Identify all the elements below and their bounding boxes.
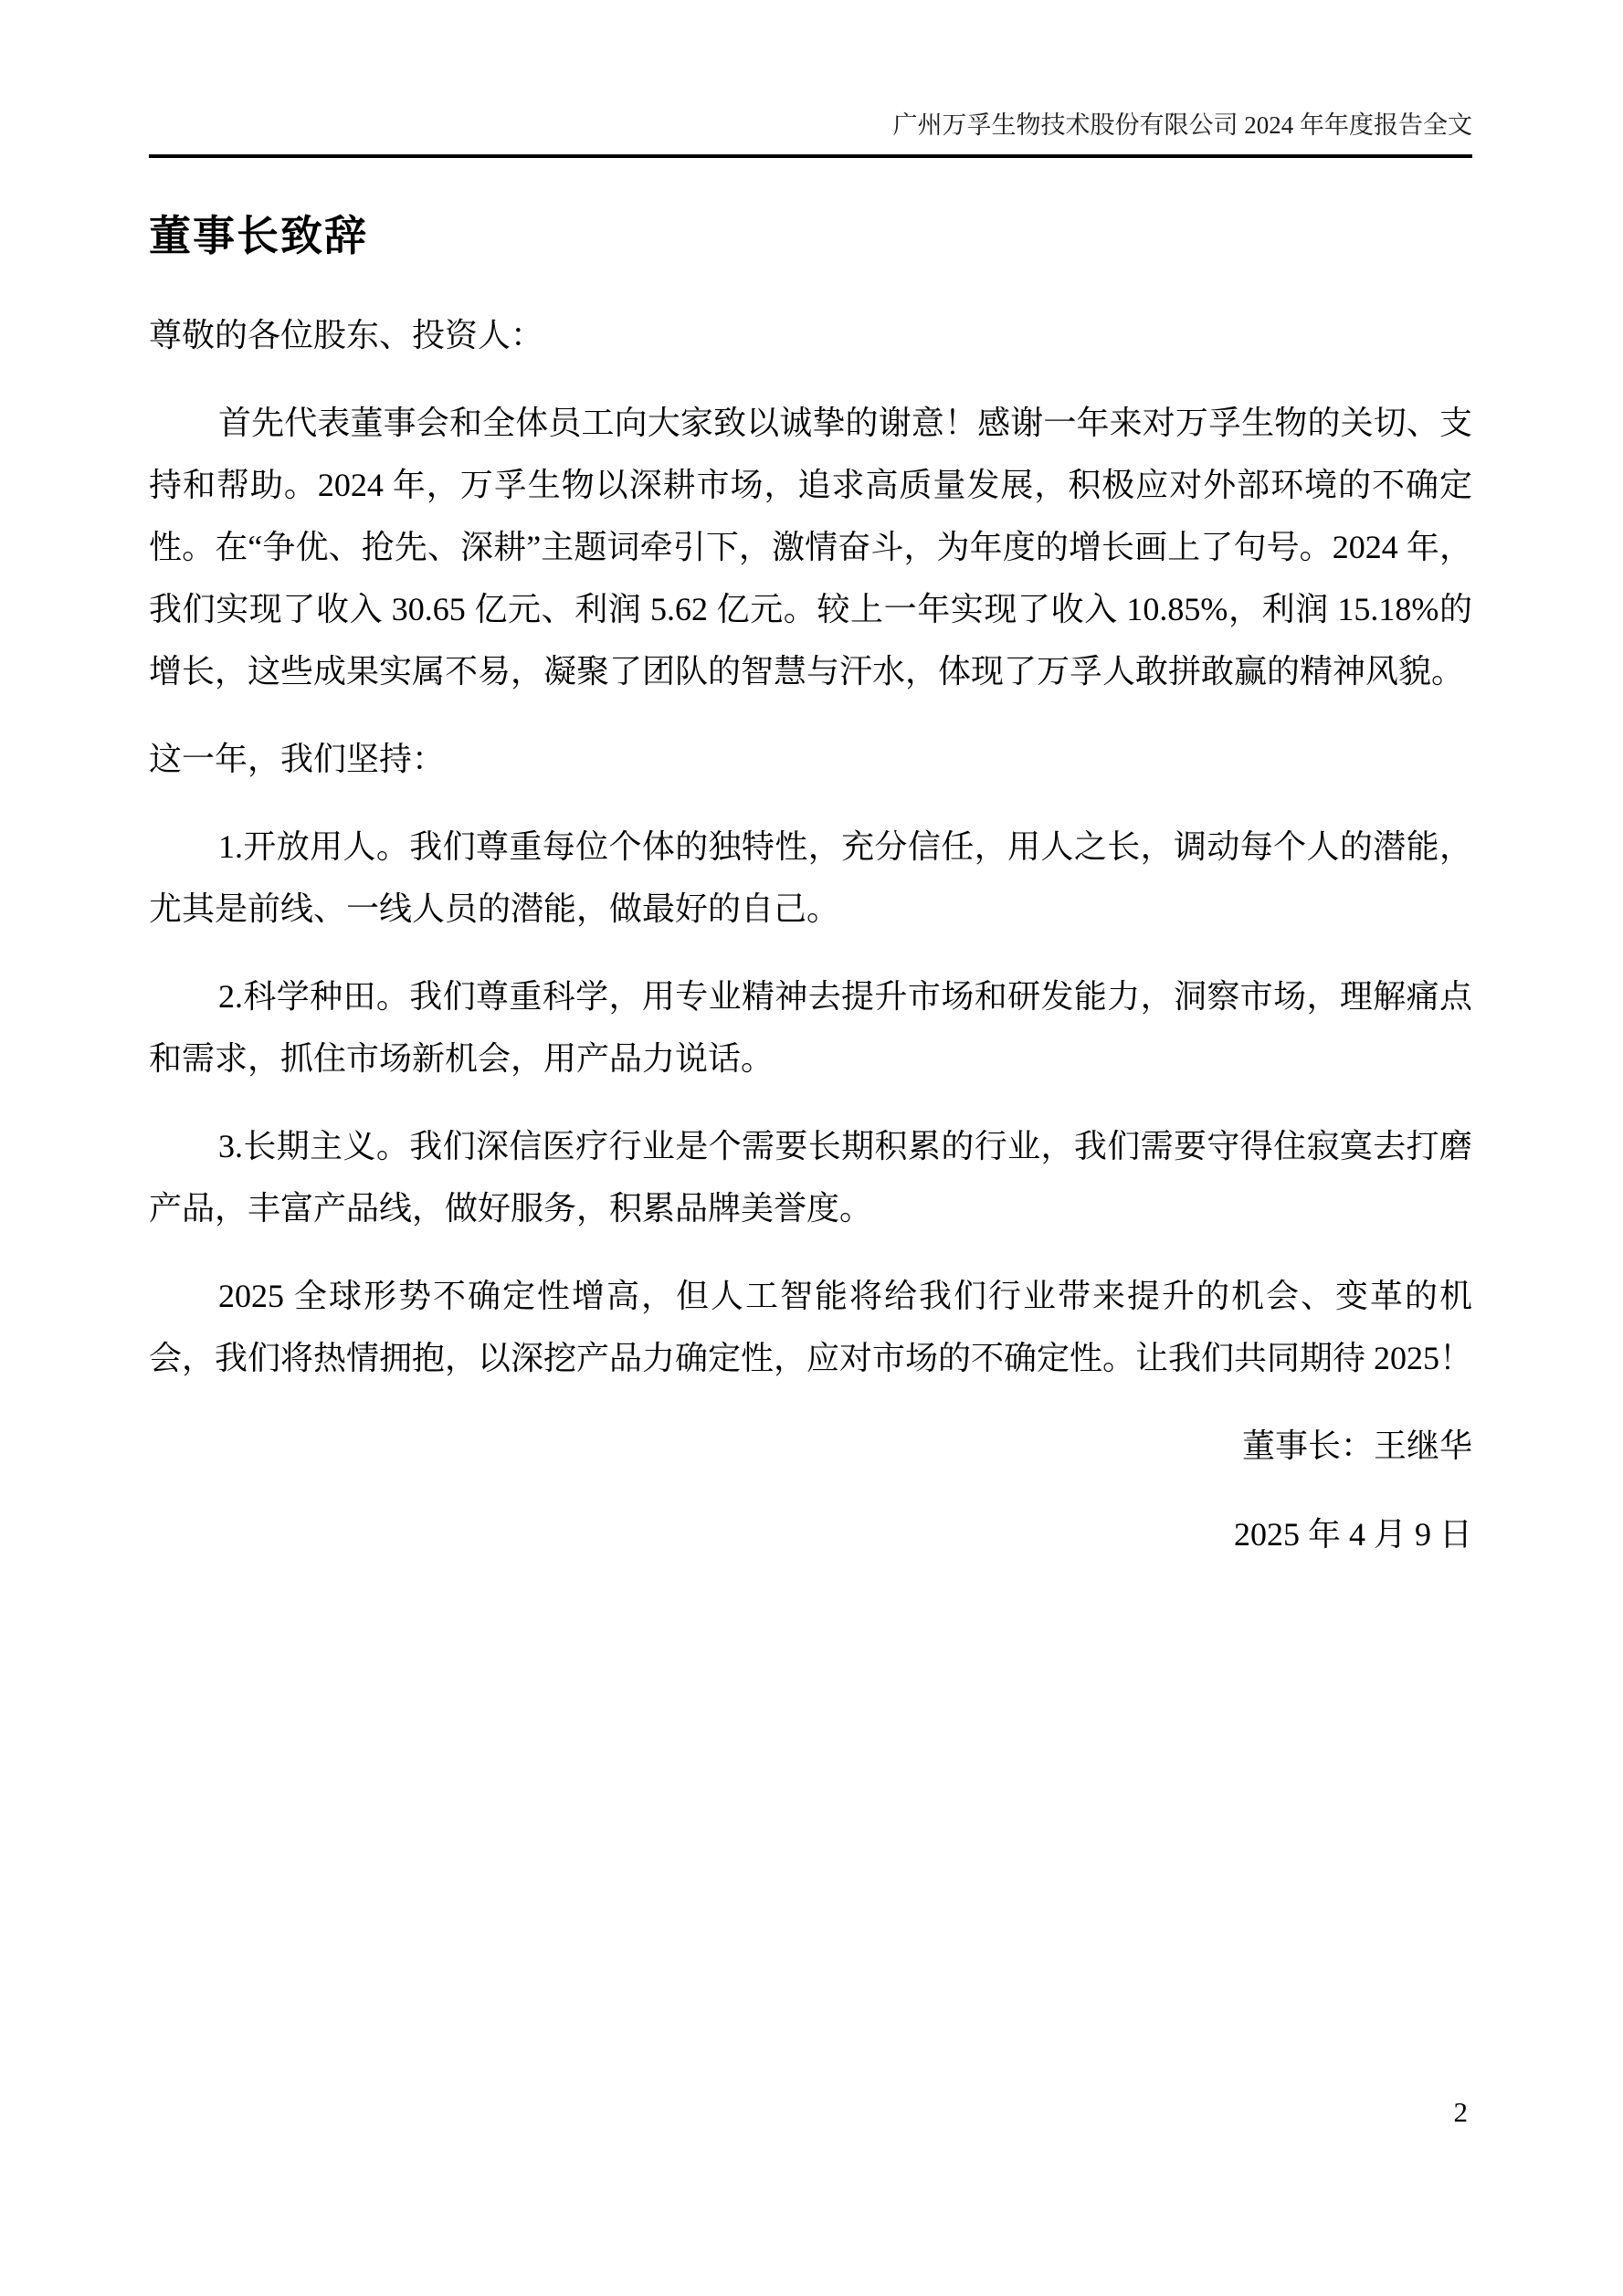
chairman-signature: 董事长：王继华 [149,1415,1472,1477]
body-paragraph: 这一年，我们坚持： [149,728,1472,790]
body-paragraph: 2025 全球形势不确定性增高，但人工智能将给我们行业带来提升的机会、变革的机会… [149,1265,1472,1389]
body-paragraphs: 首先代表董事会和全体员工向大家致以诚挚的谢意！感谢一年来对万孚生物的关切、支持和… [149,392,1472,1389]
body-paragraph: 2.科学种田。我们尊重科学，用专业精神去提升市场和研发能力，洞察市场，理解痛点和… [149,965,1472,1090]
body-paragraph: 首先代表董事会和全体员工向大家致以诚挚的谢意！感谢一年来对万孚生物的关切、支持和… [149,392,1472,702]
body-paragraph: 3.长期主义。我们深信医疗行业是个需要长期积累的行业，我们需要守得住寂寞去打磨产… [149,1115,1472,1239]
report-date: 2025 年 4 月 9 日 [149,1503,1472,1565]
page-number: 2 [1454,2094,1469,2131]
page-title: 董事长致辞 [149,209,1472,264]
header-rule [149,154,1472,158]
report-header: 广州万孚生物技术股份有限公司 2024 年年度报告全文 [149,111,1472,140]
report-page: 广州万孚生物技术股份有限公司 2024 年年度报告全文 董事长致辞 尊敬的各位股… [0,0,1623,2296]
salutation: 尊敬的各位股东、投资人： [149,304,1472,366]
body-paragraph: 1.开放用人。我们尊重每位个体的独特性，充分信任，用人之长，调动每个人的潜能，尤… [149,816,1472,940]
